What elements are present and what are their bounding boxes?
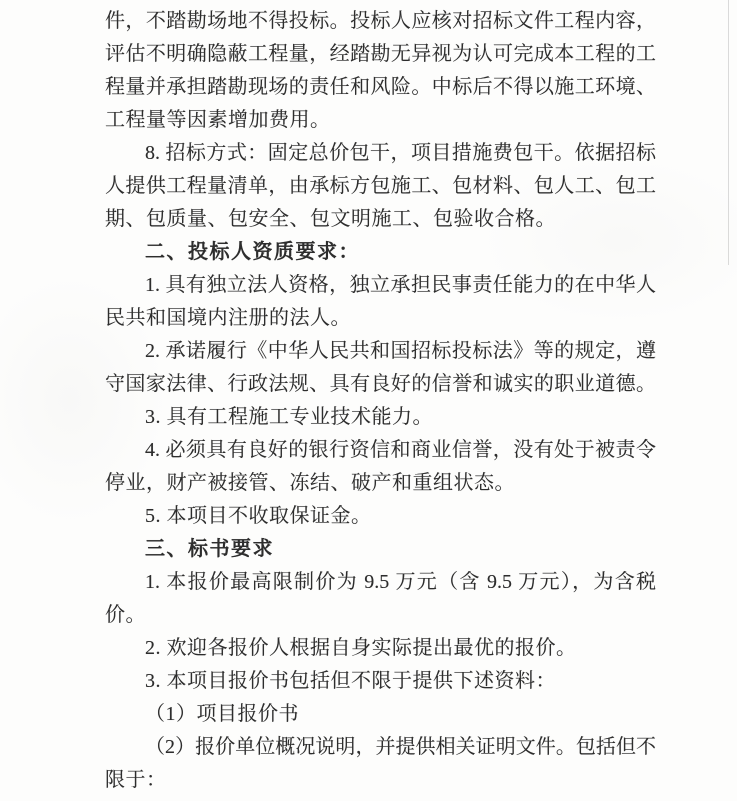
doc-line-item-1: 1. 具有独立法人资格，独立承担民事责任能力的在中华人 [105,269,656,302]
doc-line: 人提供工程量清单，由承标方包施工、包材料、包人工、包工 [105,170,656,203]
doc-line: 价。 [105,599,656,632]
doc-line: 件，不踏勘场地不得投标。投标人应核对招标文件工程内容， [105,5,656,38]
section-heading-bid-document-requirements: 三、标书要求 [105,533,656,566]
doc-line-item-8-bidding-method: 8. 招标方式：固定总价包干，项目措施费包干。依据招标 [105,137,656,170]
doc-line: 程量并承担踏勘现场的责任和风险。中标后不得以施工环境、 [105,71,656,104]
doc-line-item-1-price-limit: 1. 本报价最高限制价为 9.5 万元（含 9.5 万元），为含税 [105,566,656,599]
scan-edge-line [728,0,729,265]
doc-line-item-3: 3. 本项目报价书包括但不限于提供下述资料： [105,665,656,698]
doc-line-item-4: 4. 必须具有良好的银行资信和商业信誉，没有处于被责令 [105,434,656,467]
doc-line-item-3: 3. 具有工程施工专业技术能力。 [105,401,656,434]
document-page: 件，不踏勘场地不得投标。投标人应核对招标文件工程内容， 评估不明确隐蔽工程量，经… [0,0,737,801]
doc-line: 限于： [105,764,656,797]
doc-line: 评估不明确隐蔽工程量，经踏勘无异视为认可完成本工程的工 [105,38,656,71]
section-heading-bidder-qualifications: 二、投标人资质要求： [105,236,656,269]
doc-line: 期、包质量、包安全、包文明施工、包验收合格。 [105,203,656,236]
document-text-block: 件，不踏勘场地不得投标。投标人应核对招标文件工程内容， 评估不明确隐蔽工程量，经… [105,5,656,797]
doc-line: 守国家法律、行政法规、具有良好的信誉和诚实的职业道德。 [105,368,656,401]
doc-line-item-2: 2. 欢迎各报价人根据自身实际提出最优的报价。 [105,632,656,665]
doc-line-subitem-2-company-profile: （2）报价单位概况说明，并提供相关证明文件。包括但不 [105,731,656,764]
doc-line-item-5: 5. 本项目不收取保证金。 [105,500,656,533]
doc-line: 停业，财产被接管、冻结、破产和重组状态。 [105,467,656,500]
doc-line-subitem-1-quotation: （1）项目报价书 [105,698,656,731]
doc-line: 民共和国境内注册的法人。 [105,302,656,335]
doc-line: 工程量等因素增加费用。 [105,104,656,137]
doc-line-item-2: 2. 承诺履行《中华人民共和国招标投标法》等的规定，遵 [105,335,656,368]
